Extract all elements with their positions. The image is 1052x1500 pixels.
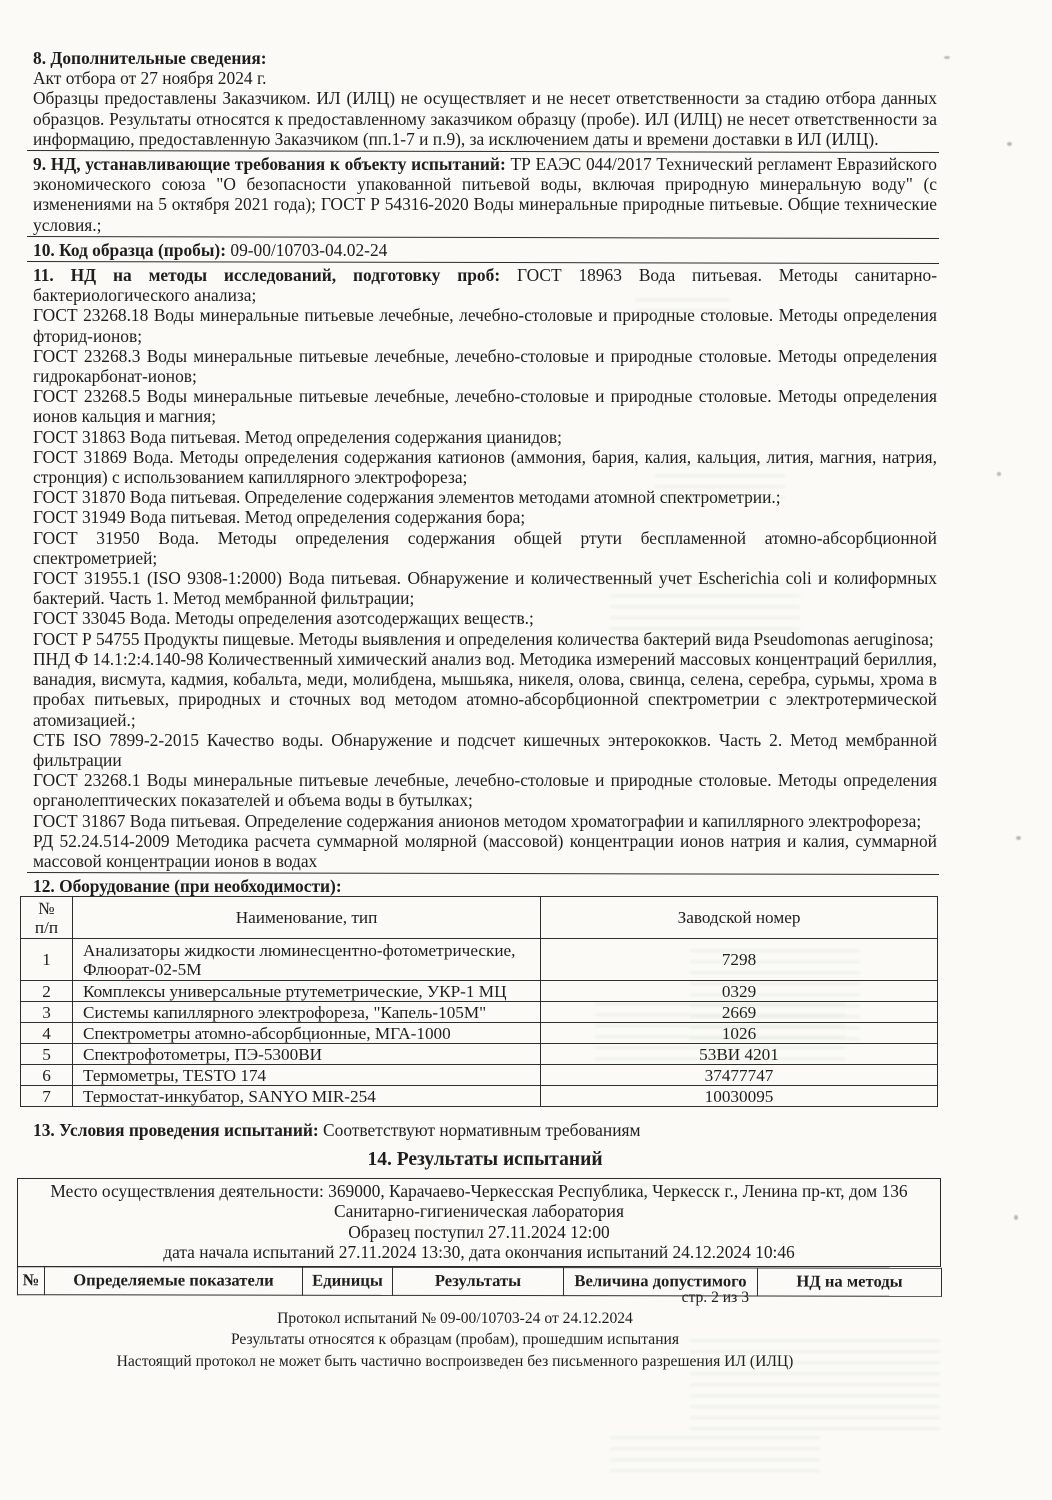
- equipment-row-no: 6: [21, 1065, 73, 1086]
- section12-title: 12. Оборудование (при необходимости):: [33, 876, 342, 896]
- nd-method-item: ГОСТ Р 54755 Продукты пищевые. Методы вы…: [33, 629, 937, 649]
- equipment-row-serial: 2669: [541, 1002, 938, 1023]
- results-info-line: дата начала испытаний 27.11.2024 13:30, …: [22, 1242, 936, 1263]
- equipment-col-no: № п/п: [21, 897, 73, 939]
- equipment-row-no: 4: [21, 1023, 73, 1044]
- section-divider: [27, 150, 939, 153]
- equipment-row: 5 Спектрофотометры, ПЭ-5300ВИ 53ВИ 4201: [21, 1044, 938, 1065]
- section10-title: 10. Код образца (пробы):: [33, 240, 226, 260]
- equipment-row: 4 Спектрометры атомно-абсорбционные, МГА…: [21, 1023, 938, 1044]
- equipment-row-name: Термометры, TESTO 174: [73, 1065, 541, 1086]
- equipment-row-no: 5: [21, 1044, 73, 1065]
- results-info-box: Место осуществления деятельности: 369000…: [17, 1178, 941, 1267]
- results-info-line: Образец поступил 27.11.2024 12:00: [22, 1222, 936, 1243]
- section-divider: [27, 261, 939, 264]
- results-col-no: №: [17, 1267, 44, 1295]
- section13-title: 13. Условия проведения испытаний:: [33, 1120, 319, 1140]
- scan-speck: [1014, 1215, 1018, 1220]
- nd-method-item: ГОСТ 33045 Вода. Методы определения азот…: [33, 608, 937, 628]
- scan-speck: [1007, 142, 1012, 146]
- nd-method-item: РД 52.24.514-2009 Методика расчета сумма…: [33, 831, 937, 871]
- equipment-col-name: Наименование, тип: [73, 897, 541, 939]
- nd-method-item: СТБ ISO 7899-2-2015 Качество воды. Обнар…: [33, 730, 937, 770]
- equipment-col-no-line1: №: [23, 899, 70, 918]
- equipment-row-no: 2: [21, 981, 73, 1002]
- results-col-results: Результаты: [392, 1267, 563, 1295]
- nd-method-item: ГОСТ 31950 Вода. Методы определения соде…: [33, 528, 937, 568]
- equipment-table: № п/п Наименование, тип Заводской номер …: [20, 896, 938, 1107]
- equipment-row: 3 Системы капиллярного электрофореза, "К…: [21, 1002, 938, 1023]
- equipment-row-no: 1: [21, 939, 73, 981]
- scan-speck: [997, 472, 1001, 476]
- results-header-row: № Определяемые показатели Единицы Резуль…: [17, 1267, 941, 1297]
- nd-method-item: ГОСТ 31863 Вода питьевая. Метод определе…: [33, 427, 937, 447]
- equipment-row-serial: 0329: [541, 981, 938, 1002]
- results-info-line: Место осуществления деятельности: 369000…: [22, 1181, 936, 1202]
- footer-copy-note: Настоящий протокол не может быть частичн…: [0, 1351, 937, 1373]
- nd-method-item: ГОСТ 31955.1 (ISO 9308-1:2000) Вода пить…: [33, 568, 937, 608]
- nd-method-item: ГОСТ 31867 Вода питьевая. Определение со…: [33, 811, 937, 831]
- nd-method-item: ГОСТ 31949 Вода питьевая. Метод определе…: [33, 507, 937, 527]
- equipment-row-serial: 53ВИ 4201: [541, 1044, 938, 1065]
- section13-value: Соответствуют нормативным требованиям: [323, 1120, 640, 1140]
- nd-method-item: ГОСТ 23268.18 Воды минеральные питьевые …: [33, 305, 937, 345]
- results-col-units: Единицы: [302, 1267, 392, 1295]
- nd-method-item: ПНД Ф 14.1:2:4.140-98 Количественный хим…: [33, 649, 937, 730]
- section8-act-line: Акт отбора от 27 ноября 2024 г.: [33, 68, 937, 88]
- equipment-row-serial: 10030095: [541, 1086, 938, 1107]
- results-table: № Определяемые показатели Единицы Резуль…: [17, 1266, 942, 1297]
- nd-method-item: ГОСТ 31870 Вода питьевая. Определение со…: [33, 487, 937, 507]
- results-col-indicators: Определяемые показатели: [44, 1267, 302, 1295]
- section14-title: 14. Результаты испытаний: [33, 1148, 937, 1172]
- equipment-row: 1 Анализаторы жидкости люминесцентно-фот…: [21, 939, 938, 981]
- results-col-nd: НД на методы: [757, 1268, 941, 1296]
- section11-title: 11. НД на методы исследований, подготовк…: [33, 265, 500, 285]
- results-col-allowed: Величина допустимого: [563, 1268, 757, 1296]
- nd-method-item: ГОСТ 31869 Вода. Методы определения соде…: [33, 447, 937, 487]
- section-divider: [27, 236, 939, 239]
- section12-heading: 12. Оборудование (при необходимости):: [33, 876, 937, 896]
- equipment-row: 7 Термостат-инкубатор, SANYO MIR-254 100…: [21, 1086, 938, 1107]
- section9-paragraph: 9. НД, устанавливающие требования к объе…: [33, 154, 937, 235]
- section8-heading: 8. Дополнительные сведения:: [33, 48, 937, 68]
- equipment-row-serial: 1026: [541, 1023, 938, 1044]
- footer-protocol-line: Протокол испытаний № 09-00/10703-24 от 2…: [0, 1308, 937, 1330]
- section13-line: 13. Условия проведения испытаний: Соотве…: [33, 1120, 937, 1140]
- scanned-protocol-page: 8. Дополнительные сведения: Акт отбора о…: [0, 0, 1052, 1500]
- equipment-row-name: Спектрофотометры, ПЭ-5300ВИ: [73, 1044, 541, 1065]
- equipment-row: 6 Термометры, TESTO 174 37477747: [21, 1065, 938, 1086]
- section8-title: 8. Дополнительные сведения:: [33, 48, 267, 68]
- equipment-row-name: Спектрометры атомно-абсорбционные, МГА-1…: [73, 1023, 541, 1044]
- section9-title: 9. НД, устанавливающие требования к объе…: [33, 154, 506, 174]
- footer-results-note: Результаты относятся к образцам (пробам)…: [0, 1329, 937, 1351]
- section8-body: Образцы предоставлены Заказчиком. ИЛ (ИЛ…: [33, 88, 937, 149]
- equipment-row-no: 3: [21, 1002, 73, 1023]
- scan-speck: [1016, 836, 1021, 840]
- equipment-row-name: Системы капиллярного электрофореза, "Кап…: [73, 1002, 541, 1023]
- section11-paragraph: 11. НД на методы исследований, подготовк…: [33, 265, 937, 305]
- equipment-row-name: Анализаторы жидкости люминесцентно-фотом…: [73, 939, 541, 981]
- equipment-row-no: 7: [21, 1086, 73, 1107]
- scan-speck: [944, 56, 950, 59]
- equipment-header-row: № п/п Наименование, тип Заводской номер: [21, 897, 938, 939]
- nd-method-item: ГОСТ 23268.3 Воды минеральные питьевые л…: [33, 346, 937, 386]
- equipment-row: 2 Комплексы универсальные ртутеметрическ…: [21, 981, 938, 1002]
- equipment-col-no-line2: п/п: [23, 918, 70, 937]
- equipment-row-name: Комплексы универсальные ртутеметрические…: [73, 981, 541, 1002]
- equipment-col-serial: Заводской номер: [541, 897, 938, 939]
- equipment-row-serial: 7298: [541, 939, 938, 981]
- sample-code-value: 09-00/10703-04.02-24: [230, 240, 387, 260]
- section-divider: [27, 872, 939, 875]
- results-info-line: Санитарно-гигиеническая лаборатория: [22, 1201, 936, 1222]
- equipment-row-serial: 37477747: [541, 1065, 938, 1086]
- nd-method-item: ГОСТ 23268.5 Воды минеральные питьевые л…: [33, 386, 937, 426]
- section10-line: 10. Код образца (пробы): 09-00/10703-04.…: [33, 240, 937, 260]
- nd-method-item: ГОСТ 23268.1 Воды минеральные питьевые л…: [33, 770, 937, 810]
- scan-artifact: [610, 1430, 820, 1472]
- equipment-row-name: Термостат-инкубатор, SANYO MIR-254: [73, 1086, 541, 1107]
